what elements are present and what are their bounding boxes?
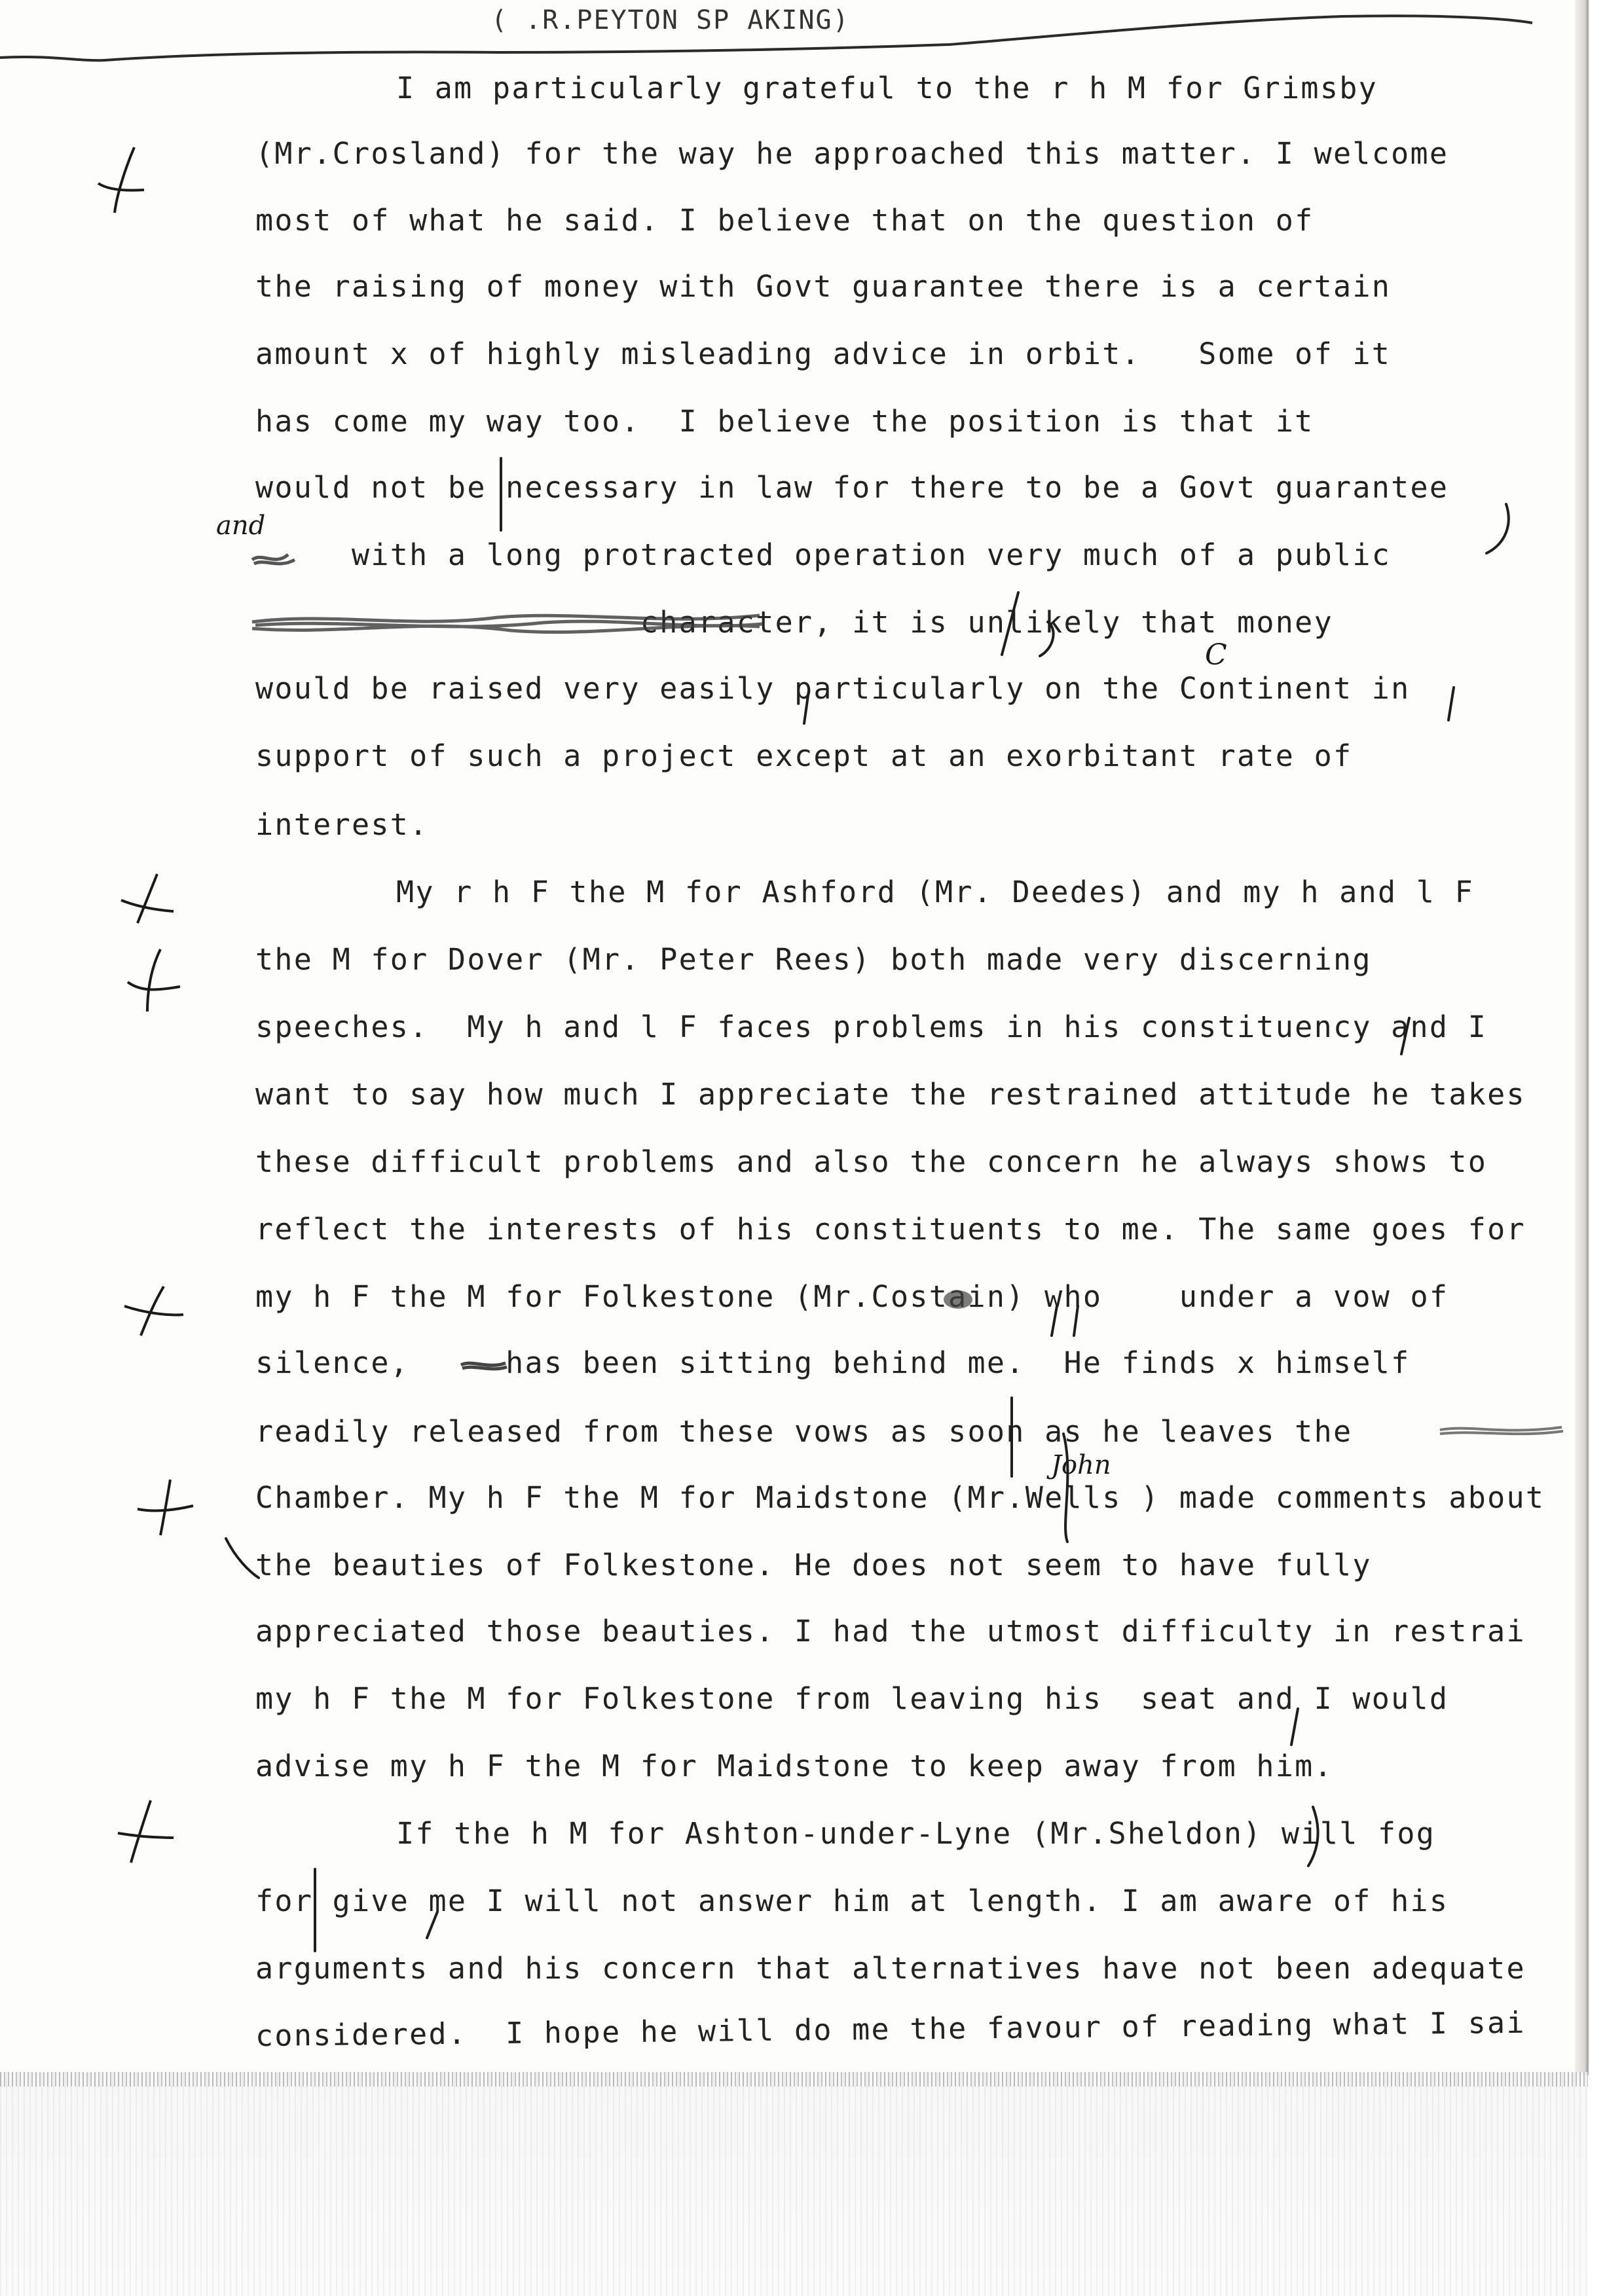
margin-cross-mark (131, 1476, 210, 1542)
margin-cross-mark (108, 1797, 187, 1869)
page-edge-shadow (1575, 0, 1589, 2075)
text-area: ( .R.PEYTON SP AKING) I am particularly … (0, 0, 1575, 2296)
editing-marks (0, 0, 1575, 2095)
margin-cross-mark (118, 1283, 196, 1342)
margin-cross-mark (118, 946, 196, 1018)
margin-cross-mark (111, 871, 190, 930)
margin-cross-mark (85, 144, 164, 216)
